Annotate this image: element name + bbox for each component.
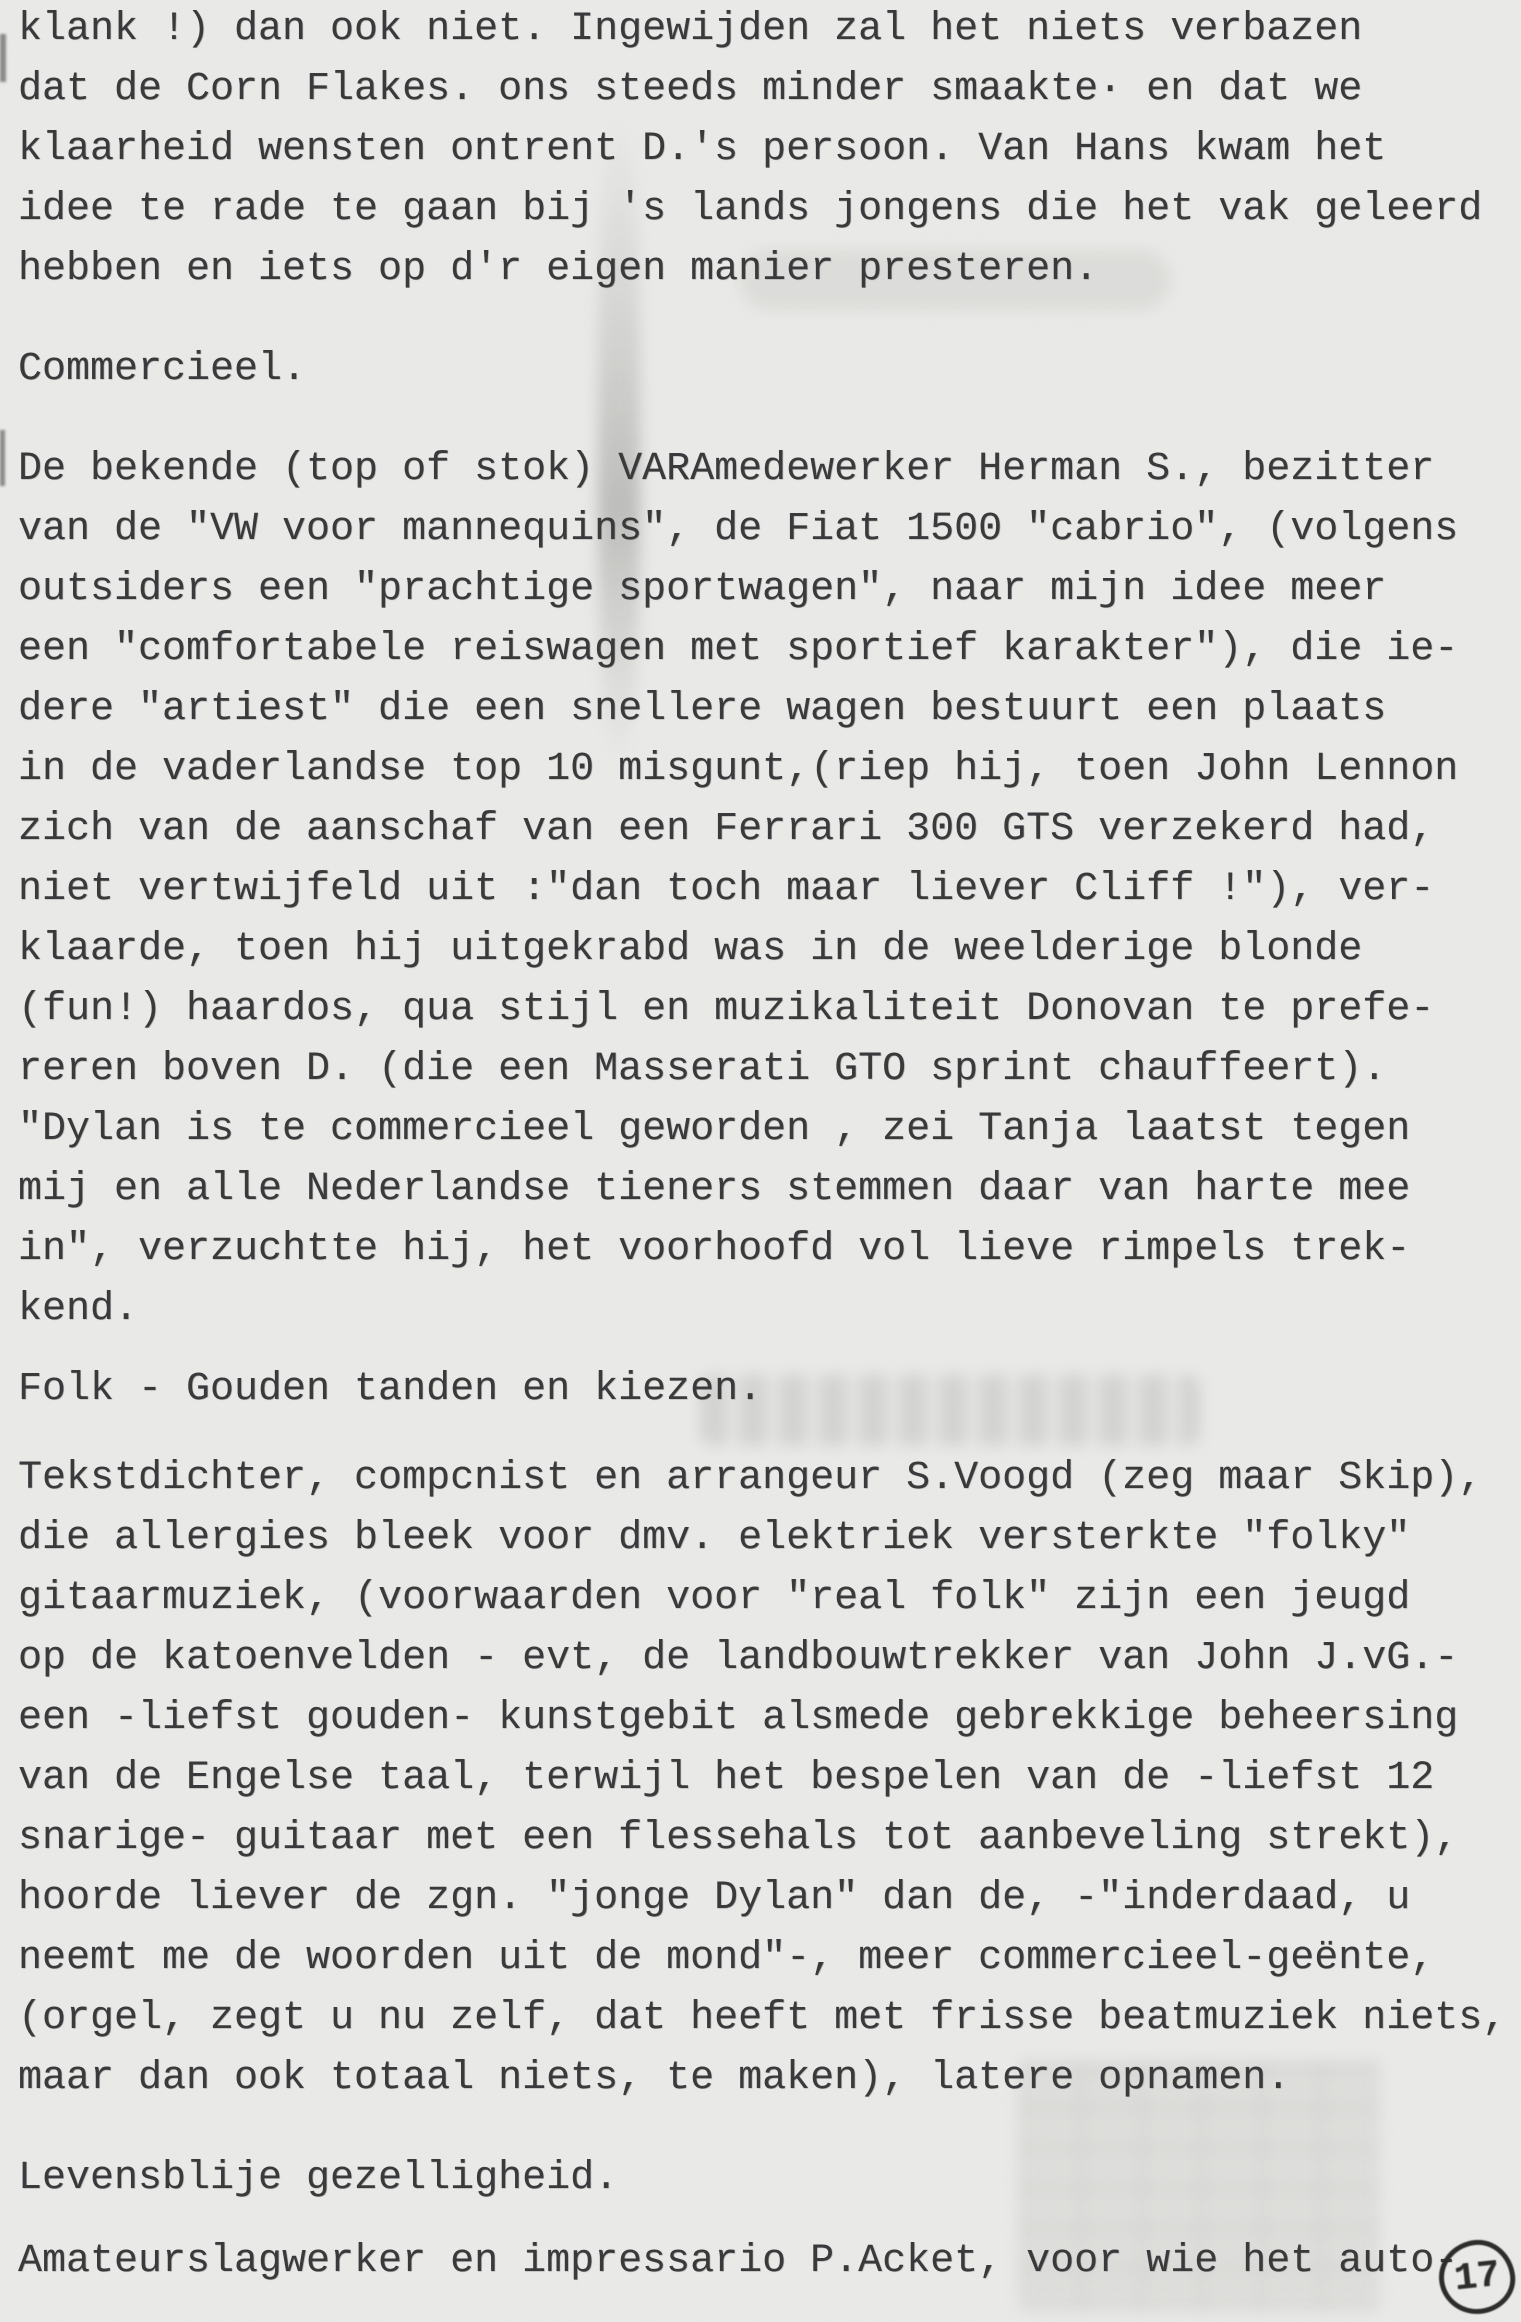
text-line: "Dylan is te commercieel geworden , zei … <box>18 1100 1518 1160</box>
text-line: klaarde, toen hij uitgekrabd was in de w… <box>18 920 1518 980</box>
paragraph: De bekende (top of stok) VARAmedewerker … <box>18 440 1518 1340</box>
paragraph: klank !) dan ook niet. Ingewijden zal he… <box>18 0 1518 300</box>
text-line: reren boven D. (die een Masserati GTO sp… <box>18 1040 1518 1100</box>
text-line: Commercieel. <box>18 340 1518 400</box>
section-heading: Folk - Gouden tanden en kiezen. <box>18 1360 1518 1420</box>
text-line: neemt me de woorden uit de mond"-, meer … <box>18 1929 1518 1989</box>
scanned-document-page: klank !) dan ook niet. Ingewijden zal he… <box>0 0 1521 2322</box>
text-line: klank !) dan ook niet. Ingewijden zal he… <box>18 0 1518 60</box>
text-line: niet vertwijfeld uit :"dan toch maar lie… <box>18 860 1518 920</box>
text-line: in", verzuchtte hij, het voorhoofd vol l… <box>18 1220 1518 1280</box>
paragraph: Tekstdichter, compcnist en arrangeur S.V… <box>18 1449 1518 2109</box>
text-line: Folk - Gouden tanden en kiezen. <box>18 1360 1518 1420</box>
text-line: dat de Corn Flakes. ons steeds minder sm… <box>18 60 1518 120</box>
section-heading: Commercieel. <box>18 340 1518 400</box>
text-line: mij en alle Nederlandse tieners stemmen … <box>18 1160 1518 1220</box>
text-line: van de Engelse taal, terwijl het bespele… <box>18 1749 1518 1809</box>
text-line: zich van de aanschaf van een Ferrari 300… <box>18 800 1518 860</box>
text-line: een -liefst gouden- kunstgebit alsmede g… <box>18 1689 1518 1749</box>
text-line: gitaarmuziek, (voorwaarden voor "real fo… <box>18 1569 1518 1629</box>
text-line: idee te rade te gaan bij 's lands jongen… <box>18 180 1518 240</box>
text-line: in de vaderlandse top 10 misgunt,(riep h… <box>18 740 1518 800</box>
text-line: hebben en iets op d'r eigen manier prest… <box>18 240 1518 300</box>
text-line: (fun!) haardos, qua stijl en muzikalitei… <box>18 980 1518 1040</box>
text-line: dere "artiest" die een snellere wagen be… <box>18 680 1518 740</box>
scan-edge-mark <box>0 34 6 82</box>
paragraph: Amateurslagwerker en impressario P.Acket… <box>18 2232 1518 2292</box>
page-number: 17 <box>1452 2253 1502 2301</box>
text-line: van de "VW voor mannequins", de Fiat 150… <box>18 500 1518 560</box>
typewritten-text: klank !) dan ook niet. Ingewijden zal he… <box>18 0 1518 2292</box>
text-line: een "comfortabele reiswagen met sportief… <box>18 620 1518 680</box>
text-line: die allergies bleek voor dmv. elektriek … <box>18 1509 1518 1569</box>
text-line: Tekstdichter, compcnist en arrangeur S.V… <box>18 1449 1518 1509</box>
text-line: Amateurslagwerker en impressario P.Acket… <box>18 2232 1518 2292</box>
text-line: Levensblije gezelligheid. <box>18 2149 1518 2209</box>
text-line: op de katoenvelden - evt, de landbouwtre… <box>18 1629 1518 1689</box>
scan-edge-mark <box>0 430 5 486</box>
text-line: De bekende (top of stok) VARAmedewerker … <box>18 440 1518 500</box>
section-heading: Levensblije gezelligheid. <box>18 2149 1518 2209</box>
text-line: (orgel, zegt u nu zelf, dat heeft met fr… <box>18 1989 1518 2049</box>
text-line: outsiders een "prachtige sportwagen", na… <box>18 560 1518 620</box>
text-line: kend. <box>18 1280 1518 1340</box>
text-line: maar dan ook totaal niets, te maken), la… <box>18 2049 1518 2109</box>
text-line: snarige- guitaar met een flessehals tot … <box>18 1809 1518 1869</box>
text-line: klaarheid wensten ontrent D.'s persoon. … <box>18 120 1518 180</box>
text-line: hoorde liever de zgn. "jonge Dylan" dan … <box>18 1869 1518 1929</box>
